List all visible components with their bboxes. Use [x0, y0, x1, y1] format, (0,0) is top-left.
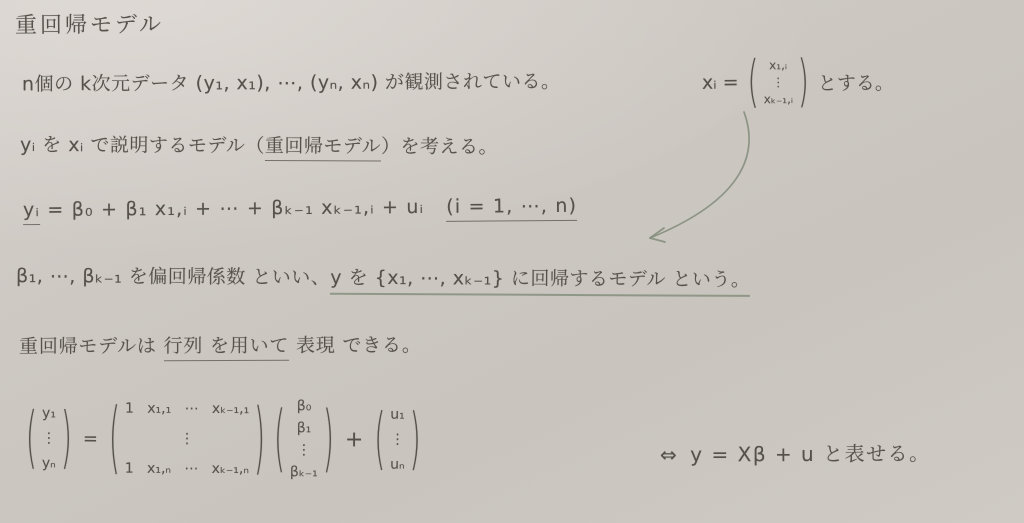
xi-definition-tail: とする。 [818, 68, 894, 96]
vector-entry: y₁ [42, 405, 56, 421]
vector-entry: β₀ [297, 398, 312, 414]
coefficient-sentence: β₁, ⋯, βₖ₋₁ を偏回帰係数 といい、y を {x₁, ⋯, xₖ₋₁}… [16, 261, 751, 292]
matrix-equation: y₁ ⋮ yₙ = 1 x₁,₁ ⋯ xₖ₋₁,₁ ⋮ 1 x₁,ₙ ⋯ xₖ₋… [26, 397, 421, 480]
regression-equation: yᵢ = β₀ + β₁ x₁,ᵢ + ⋯ + βₖ₋₁ xₖ₋₁,ᵢ + uᵢ… [23, 195, 577, 221]
observed-data-sentence: n個の k次元データ (y₁, x₁), ⋯, (yₙ, xₙ) が観測されてい… [22, 67, 561, 97]
model-name-underlined: 重回帰モデル [265, 135, 381, 162]
vertical-dots: ⋮ [772, 75, 784, 89]
beta-vector: β₀ β₁ ⋮ βₖ₋₁ [274, 398, 334, 480]
matrix-intro-sentence: 重回帰モデルは 行列 を用いて 表現 できる。 [19, 330, 422, 358]
matrix-intro-post: 表現 できる。 [289, 334, 422, 356]
regression-model-phrase-underlined: y を {x₁, ⋯, xₖ₋₁} に回帰するモデル という。 [330, 267, 750, 297]
equivalence-arrow-icon: ⇔ [660, 443, 678, 467]
matrix-row: 1 x₁,ₙ ⋯ xₖ₋₁,ₙ [125, 461, 249, 477]
vertical-dots: ⋮ [180, 431, 194, 447]
plus-sign: + [343, 427, 366, 452]
page-title: 重回帰モデル [15, 7, 164, 39]
vertical-dots: ⋮ [42, 430, 56, 446]
vector-entry: yₙ [42, 455, 56, 471]
beta-vector-entries: β₀ β₁ ⋮ βₖ₋₁ [285, 398, 323, 480]
notebook-page: 重回帰モデル n個の k次元データ (y₁, x₁), ⋯, (yₙ, xₙ) … [0, 0, 1024, 523]
vector-entry: βₖ₋₁ [290, 464, 318, 480]
model-sentence-pre: yᵢ を xᵢ で説明するモデル（ [20, 134, 265, 157]
matrix-phrase-underlined: 行列 を用いて [163, 335, 289, 361]
coefficient-sentence-pre: β₁, ⋯, βₖ₋₁ を偏回帰係数 といい、 [16, 265, 330, 289]
matrix-form-text: y = Xβ + u と表せる。 [690, 437, 930, 467]
y-vector-entries: y₁ ⋮ yₙ [37, 405, 61, 471]
model-sentence-post: ）を考える。 [381, 136, 498, 159]
vector-entry: β₁ [297, 420, 312, 436]
curved-annotation-arrow [560, 98, 780, 258]
matrix-row: 1 x₁,₁ ⋯ xₖ₋₁,₁ [125, 401, 249, 417]
model-sentence: yᵢ を xᵢ で説明するモデル（重回帰モデル）を考える。 [20, 130, 498, 159]
vertical-dots: ⋮ [390, 432, 404, 448]
design-matrix: 1 x₁,₁ ⋯ xₖ₋₁,₁ ⋮ 1 x₁,ₙ ⋯ xₖ₋₁,ₙ [109, 401, 265, 478]
equals-sign: = [81, 428, 100, 449]
equation-body: = β₀ + β₁ x₁,ᵢ + ⋯ + βₖ₋₁ xₖ₋₁,ᵢ + uᵢ [40, 196, 424, 221]
u-vector: u₁ ⋮ uₙ [374, 407, 421, 473]
vertical-dots: ⋮ [297, 442, 311, 458]
y-vector: y₁ ⋮ yₙ [26, 405, 72, 471]
design-matrix-rows: 1 x₁,₁ ⋯ xₖ₋₁,₁ ⋮ 1 x₁,ₙ ⋯ xₖ₋₁,ₙ [120, 401, 254, 477]
observed-data-text: n個の k次元データ (y₁, x₁), ⋯, (yₙ, xₙ) が観測されてい… [22, 71, 561, 96]
equation-lhs: yᵢ [23, 199, 40, 225]
matrix-intro-pre: 重回帰モデルは [19, 335, 164, 358]
vector-entry: uₙ [390, 457, 405, 473]
index-range: (i = 1, ⋯, n) [446, 195, 577, 222]
u-vector-entries: u₁ ⋮ uₙ [385, 407, 410, 473]
matrix-form-note: ⇔ y = Xβ + u と表せる。 [660, 437, 931, 467]
xi-symbol: xᵢ = [702, 72, 739, 94]
vector-entry: x₁,ᵢ [769, 58, 787, 72]
vector-entry: u₁ [390, 407, 405, 423]
